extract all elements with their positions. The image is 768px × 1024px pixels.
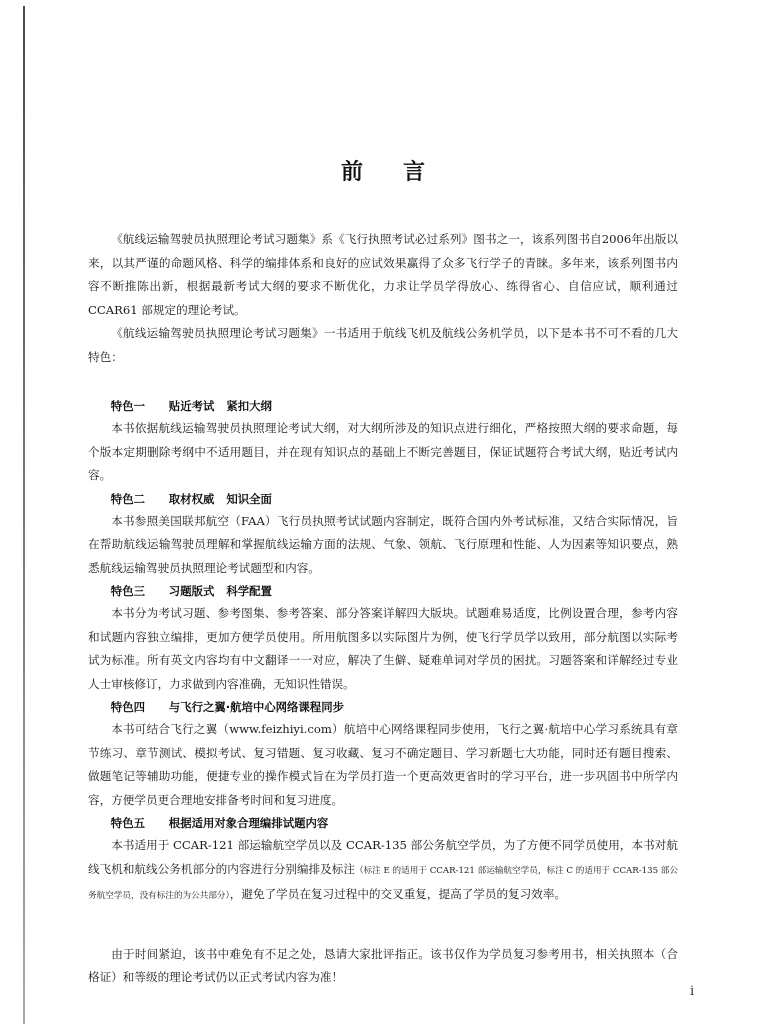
feature-2-title-a: 取材权威 <box>169 492 215 506</box>
feature-2-title-b: 知识全面 <box>226 492 272 506</box>
feature-5-body-end: ，避免了学员在复习过程中的交叉重复，提高了学员的复习效率。 <box>230 887 566 901</box>
feature-3-body: 本书分为考试习题、参考图集、参考答案、部分答案详解四大版块。试题难易适度，比例设… <box>88 602 678 696</box>
feature-3-title-b: 科学配置 <box>226 584 272 598</box>
feature-1-title-b: 紧扣大纲 <box>226 399 272 413</box>
feature-3-heading: 特色三习题版式科学配置 <box>88 580 678 602</box>
feature-1-heading: 特色一贴近考试紧扣大纲 <box>88 395 678 417</box>
feature-4-label: 特色四 <box>111 696 169 718</box>
feature-1-label: 特色一 <box>111 395 169 417</box>
binding-edge-line <box>23 6 25 1024</box>
feature-3-label: 特色三 <box>111 580 169 602</box>
feature-4-title-a: 与飞行之翼·航培中心网络课程同步 <box>169 700 344 714</box>
feature-2-heading: 特色二取材权威知识全面 <box>88 488 678 510</box>
intro-paragraph-2: 《航线运输驾驶员执照理论考试习题集》一书适用于航线飞机及航线公务机学员，以下是本… <box>88 322 678 369</box>
feature-4-heading: 特色四与飞行之翼·航培中心网络课程同步 <box>88 696 678 718</box>
feature-4-body: 本书可结合飞行之翼（www.feizhiyi.com）航培中心网络课程同步使用，… <box>88 718 678 812</box>
feature-5-heading: 特色五根据适用对象合理编排试题内容 <box>88 812 678 834</box>
page-title: 前言 <box>88 155 678 186</box>
feature-1-body: 本书依据航线运输驾驶员执照理论考试大纲，对大纲所涉及的知识点进行细化，严格按照大… <box>88 417 678 488</box>
intro-paragraph-1: 《航线运输驾驶员执照理论考试习题集》系《飞行执照考试必过系列》图书之一，该系列图… <box>88 228 678 322</box>
title-char-2: 言 <box>403 155 425 186</box>
feature-5-title-a: 根据适用对象合理编排试题内容 <box>169 816 328 830</box>
feature-3-title-a: 习题版式 <box>169 584 215 598</box>
feature-5-body: 本书适用于 CCAR-121 部运输航空学员以及 CCAR-135 部公务航空学… <box>88 834 678 909</box>
feature-1-title-a: 贴近考试 <box>169 399 215 413</box>
closing-paragraph: 由于时间紧迫，该书中难免有不足之处，恳请大家批评指正。该书仅作为学员复习参考用书… <box>88 943 678 990</box>
feature-5-label: 特色五 <box>111 812 169 834</box>
preface-body: 《航线运输驾驶员执照理论考试习题集》系《飞行执照考试必过系列》图书之一，该系列图… <box>88 228 678 990</box>
feature-2-body: 本书参照美国联邦航空（FAA）飞行员执照考试试题内容制定，既符合国内外考试标准，… <box>88 510 678 581</box>
feature-2-label: 特色二 <box>111 488 169 510</box>
title-char-1: 前 <box>341 155 363 186</box>
page-number: i <box>690 984 694 999</box>
